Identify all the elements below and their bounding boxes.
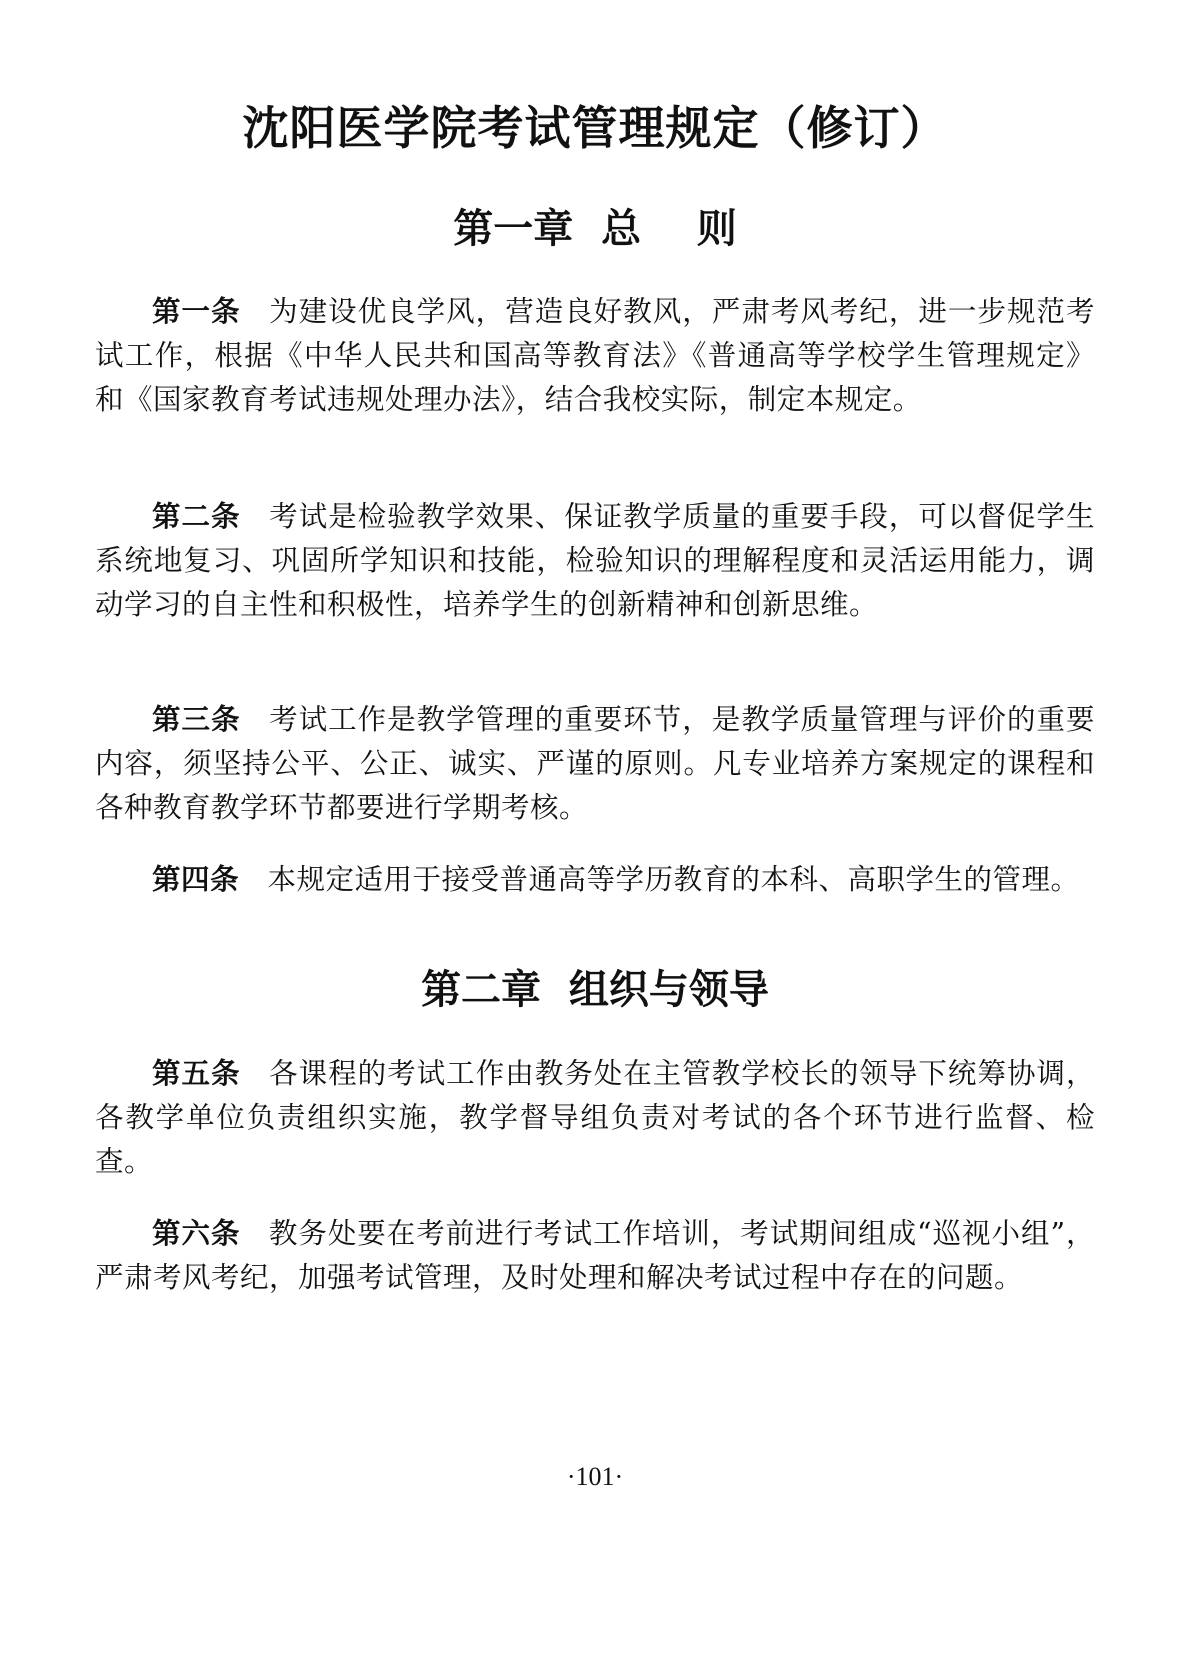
document-page: 沈阳医学院考试管理规定（修订） 第一章 总 则 第一条为建设优良学风，营造良好教…	[0, 0, 1190, 1670]
page-number: ·101·	[0, 1462, 1190, 1492]
article-paragraph: 第三条考试工作是教学管理的重要环节，是教学质量管理与评价的重要内容，须坚持公平、…	[95, 698, 1095, 830]
article-text: 为建设优良学风，营造良好教风，严肃考风考纪，进一步规范考试工作，根据《中华人民共…	[95, 295, 1095, 416]
article-text: 考试工作是教学管理的重要环节，是教学质量管理与评价的重要内容，须坚持公平、公正、…	[95, 703, 1095, 824]
chapter-title: 第二章 组织与领导	[0, 963, 1190, 1017]
article-text: 考试是检验教学效果、保证教学质量的重要手段，可以督促学生系统地复习、巩固所学知识…	[95, 500, 1095, 621]
article-paragraph: 第一条为建设优良学风，营造良好教风，严肃考风考纪，进一步规范考试工作，根据《中华…	[95, 290, 1095, 422]
article-paragraph: 第六条教务处要在考前进行考试工作培训，考试期间组成“巡视小组”，严肃考风考纪，加…	[95, 1212, 1095, 1300]
article-text: 教务处要在考前进行考试工作培训，考试期间组成“巡视小组”，严肃考风考纪，加强考试…	[95, 1217, 1095, 1294]
article-label: 第二条	[152, 500, 241, 533]
article-paragraph: 第四条本规定适用于接受普通高等学历教育的本科、高职学生的管理。	[95, 858, 1095, 902]
document-title: 沈阳医学院考试管理规定（修订）	[0, 98, 1190, 158]
chapter-title: 第一章 总 则	[0, 202, 1190, 256]
article-paragraph: 第五条各课程的考试工作由教务处在主管教学校长的领导下统筹协调，各教学单位负责组织…	[95, 1052, 1095, 1184]
article-label: 第五条	[152, 1057, 241, 1090]
article-label: 第一条	[152, 295, 241, 328]
article-label: 第四条	[152, 863, 239, 896]
article-label: 第三条	[152, 703, 241, 736]
article-label: 第六条	[152, 1217, 240, 1250]
article-text: 本规定适用于接受普通高等学历教育的本科、高职学生的管理。	[268, 863, 1080, 896]
article-paragraph: 第二条考试是检验教学效果、保证教学质量的重要手段，可以督促学生系统地复习、巩固所…	[95, 495, 1095, 627]
article-text: 各课程的考试工作由教务处在主管教学校长的领导下统筹协调，各教学单位负责组织实施，…	[95, 1057, 1095, 1178]
